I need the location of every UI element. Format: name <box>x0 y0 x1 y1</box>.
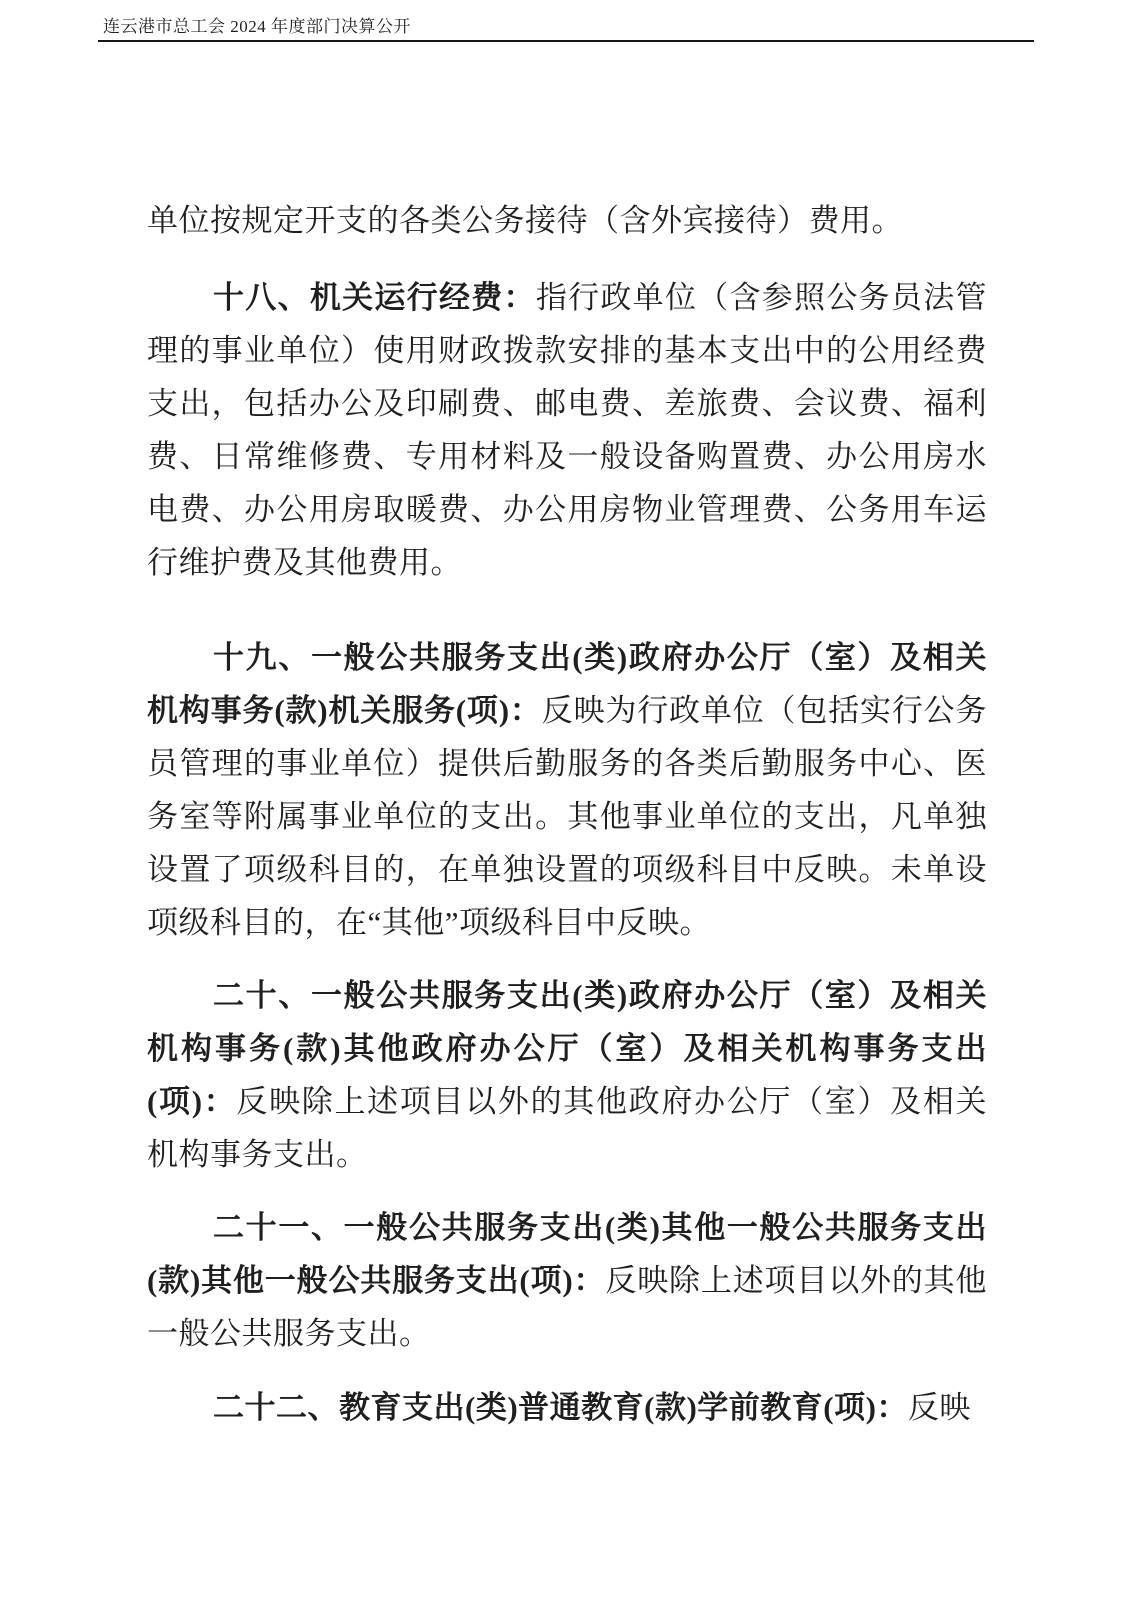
paragraph-text: 单位按规定开支的各类公务接待（含外宾接待）费用。 <box>147 203 903 238</box>
document-page: 连云港市总工会 2024 年度部门决算公开 单位按规定开支的各类公务接待（含外宾… <box>0 0 1131 1600</box>
header-divider <box>98 40 1034 42</box>
body-paragraph: 二十二、教育支出(类)普通教育(款)学前教育(项)：反映 <box>147 1381 987 1434</box>
paragraph-text: 指行政单位（含参照公务员法管理的事业单位）使用财政拨款安排的基本支出中的公用经费… <box>147 280 987 580</box>
paragraph-text: 反映 <box>908 1390 971 1425</box>
paragraph-heading: 十八、机关运行经费： <box>213 280 536 315</box>
document-body: 单位按规定开支的各类公务接待（含外宾接待）费用。 十八、机关运行经费：指行政单位… <box>147 194 987 1434</box>
paragraph-heading: 二十二、教育支出(类)普通教育(款)学前教育(项)： <box>213 1390 908 1425</box>
body-paragraph: 单位按规定开支的各类公务接待（含外宾接待）费用。 <box>147 194 987 247</box>
body-paragraph: 二十、一般公共服务支出(类)政府办公厅（室）及相关机构事务(款)其他政府办公厅（… <box>147 969 987 1181</box>
body-paragraph: 二十一、一般公共服务支出(类)其他一般公共服务支出(款)其他一般公共服务支出(项… <box>147 1201 987 1360</box>
body-paragraph: 十八、机关运行经费：指行政单位（含参照公务员法管理的事业单位）使用财政拨款安排的… <box>147 271 987 589</box>
body-paragraph: 十九、一般公共服务支出(类)政府办公厅（室）及相关机构事务(款)机关服务(项)：… <box>147 631 987 949</box>
paragraph-text: 反映除上述项目以外的其他政府办公厅（室）及相关机构事务支出。 <box>147 1084 987 1172</box>
paragraph-text: 反映为行政单位（包括实行公务员管理的事业单位）提供后勤服务的各类后勤服务中心、医… <box>147 693 987 940</box>
header-title: 连云港市总工会 2024 年度部门决算公开 <box>98 15 1034 38</box>
page-header: 连云港市总工会 2024 年度部门决算公开 <box>98 15 1034 42</box>
